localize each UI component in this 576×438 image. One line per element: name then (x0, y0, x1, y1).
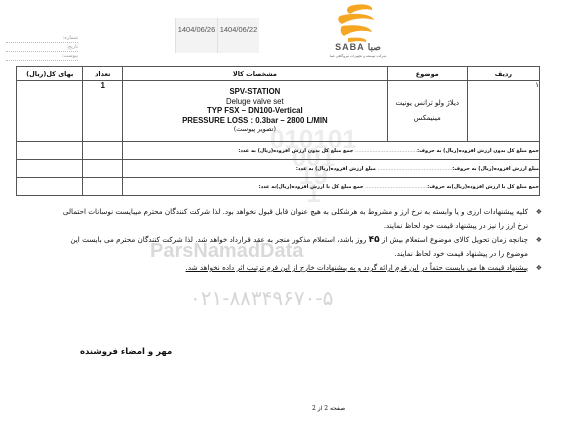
summary-total-text[interactable]: جمع مبلغ کل با ارزش افزوده(ریال)به حروف:… (123, 178, 540, 196)
summary-vat-text[interactable]: مبلغ ارزش افزوده(ریال) به حروف:.........… (123, 160, 540, 178)
summary-net-value[interactable] (17, 142, 83, 160)
item-spec: SPV-STATION Deluge valve set TYP FSX – D… (123, 81, 388, 142)
item-qty: 1 (83, 81, 123, 142)
date-boxes: 1404/06/26 1404/06/22 (175, 18, 259, 53)
summary-row-vat: مبلغ ارزش افزوده(ریال) به حروف:.........… (17, 160, 540, 178)
number-label: شماره: (6, 34, 78, 43)
note-form-required: پیشنهاد قیمت ها می بایست حتماً در این فر… (60, 261, 542, 275)
date-issue: 1404/06/22 (217, 18, 259, 53)
saba-logo-icon (312, 2, 402, 62)
note-currency: کلیه پیشنهادات ارزی و یا وابسته به نرخ ا… (60, 205, 542, 233)
date-deadline: 1404/06/26 (175, 18, 217, 53)
col-header-subject: موضوع (387, 67, 467, 81)
summary-vat-value[interactable] (17, 160, 83, 178)
col-header-spec: مشخصات کالا (123, 67, 388, 81)
terms-notes: کلیه پیشنهادات ارزی و یا وابسته به نرخ ا… (60, 205, 542, 275)
summary-row-net: جمع مبلغ کل بدون ارزش افزوده(ریال) به حر… (17, 142, 540, 160)
page-number: صفحه 2 از 2 (312, 405, 345, 412)
item-price-field[interactable] (17, 81, 83, 142)
letter-meta-labels: شماره: تاریخ: پیوست: (6, 34, 78, 61)
item-subject: دیلاژ ولو ترانس یونیت مینیمکس (387, 81, 467, 142)
col-header-price: بهای کل(ریال) (17, 67, 83, 81)
watermark-phone: ۰۲۱-۸۸۳۴۹۶۷۰-۵ (190, 286, 333, 310)
summary-row-total: جمع مبلغ کل با ارزش افزوده(ریال)به حروف:… (17, 178, 540, 196)
col-header-row: ردیف (467, 67, 539, 81)
table-header-row: ردیف موضوع مشخصات کالا تعداد بهای کل(ریا… (17, 67, 540, 81)
attachment-note: (تصویر پیوست) (123, 125, 387, 135)
summary-total-value[interactable] (17, 178, 83, 196)
note-delivery: چنانچه زمان تحویل کالای موضوع استعلام بی… (60, 233, 542, 261)
logo-subtitle: شرکت توسعه و تجهیزات نیروگاهی صبا (312, 54, 404, 58)
row-number: ۱ (467, 81, 539, 142)
logo-brand-text: SABA صبا (312, 42, 404, 53)
table-row: ۱ دیلاژ ولو ترانس یونیت مینیمکس SPV-STAT… (17, 81, 540, 142)
date-label: تاریخ: (6, 43, 78, 52)
summary-net-text[interactable]: جمع مبلغ کل بدون ارزش افزوده(ریال) به حر… (123, 142, 540, 160)
seller-signature-label: مهر و امضاء فروشنده (80, 347, 172, 357)
attachment-label: پیوست: (6, 52, 78, 61)
col-header-qty: تعداد (83, 67, 123, 81)
items-table: ردیف موضوع مشخصات کالا تعداد بهای کل(ریا… (16, 66, 540, 196)
